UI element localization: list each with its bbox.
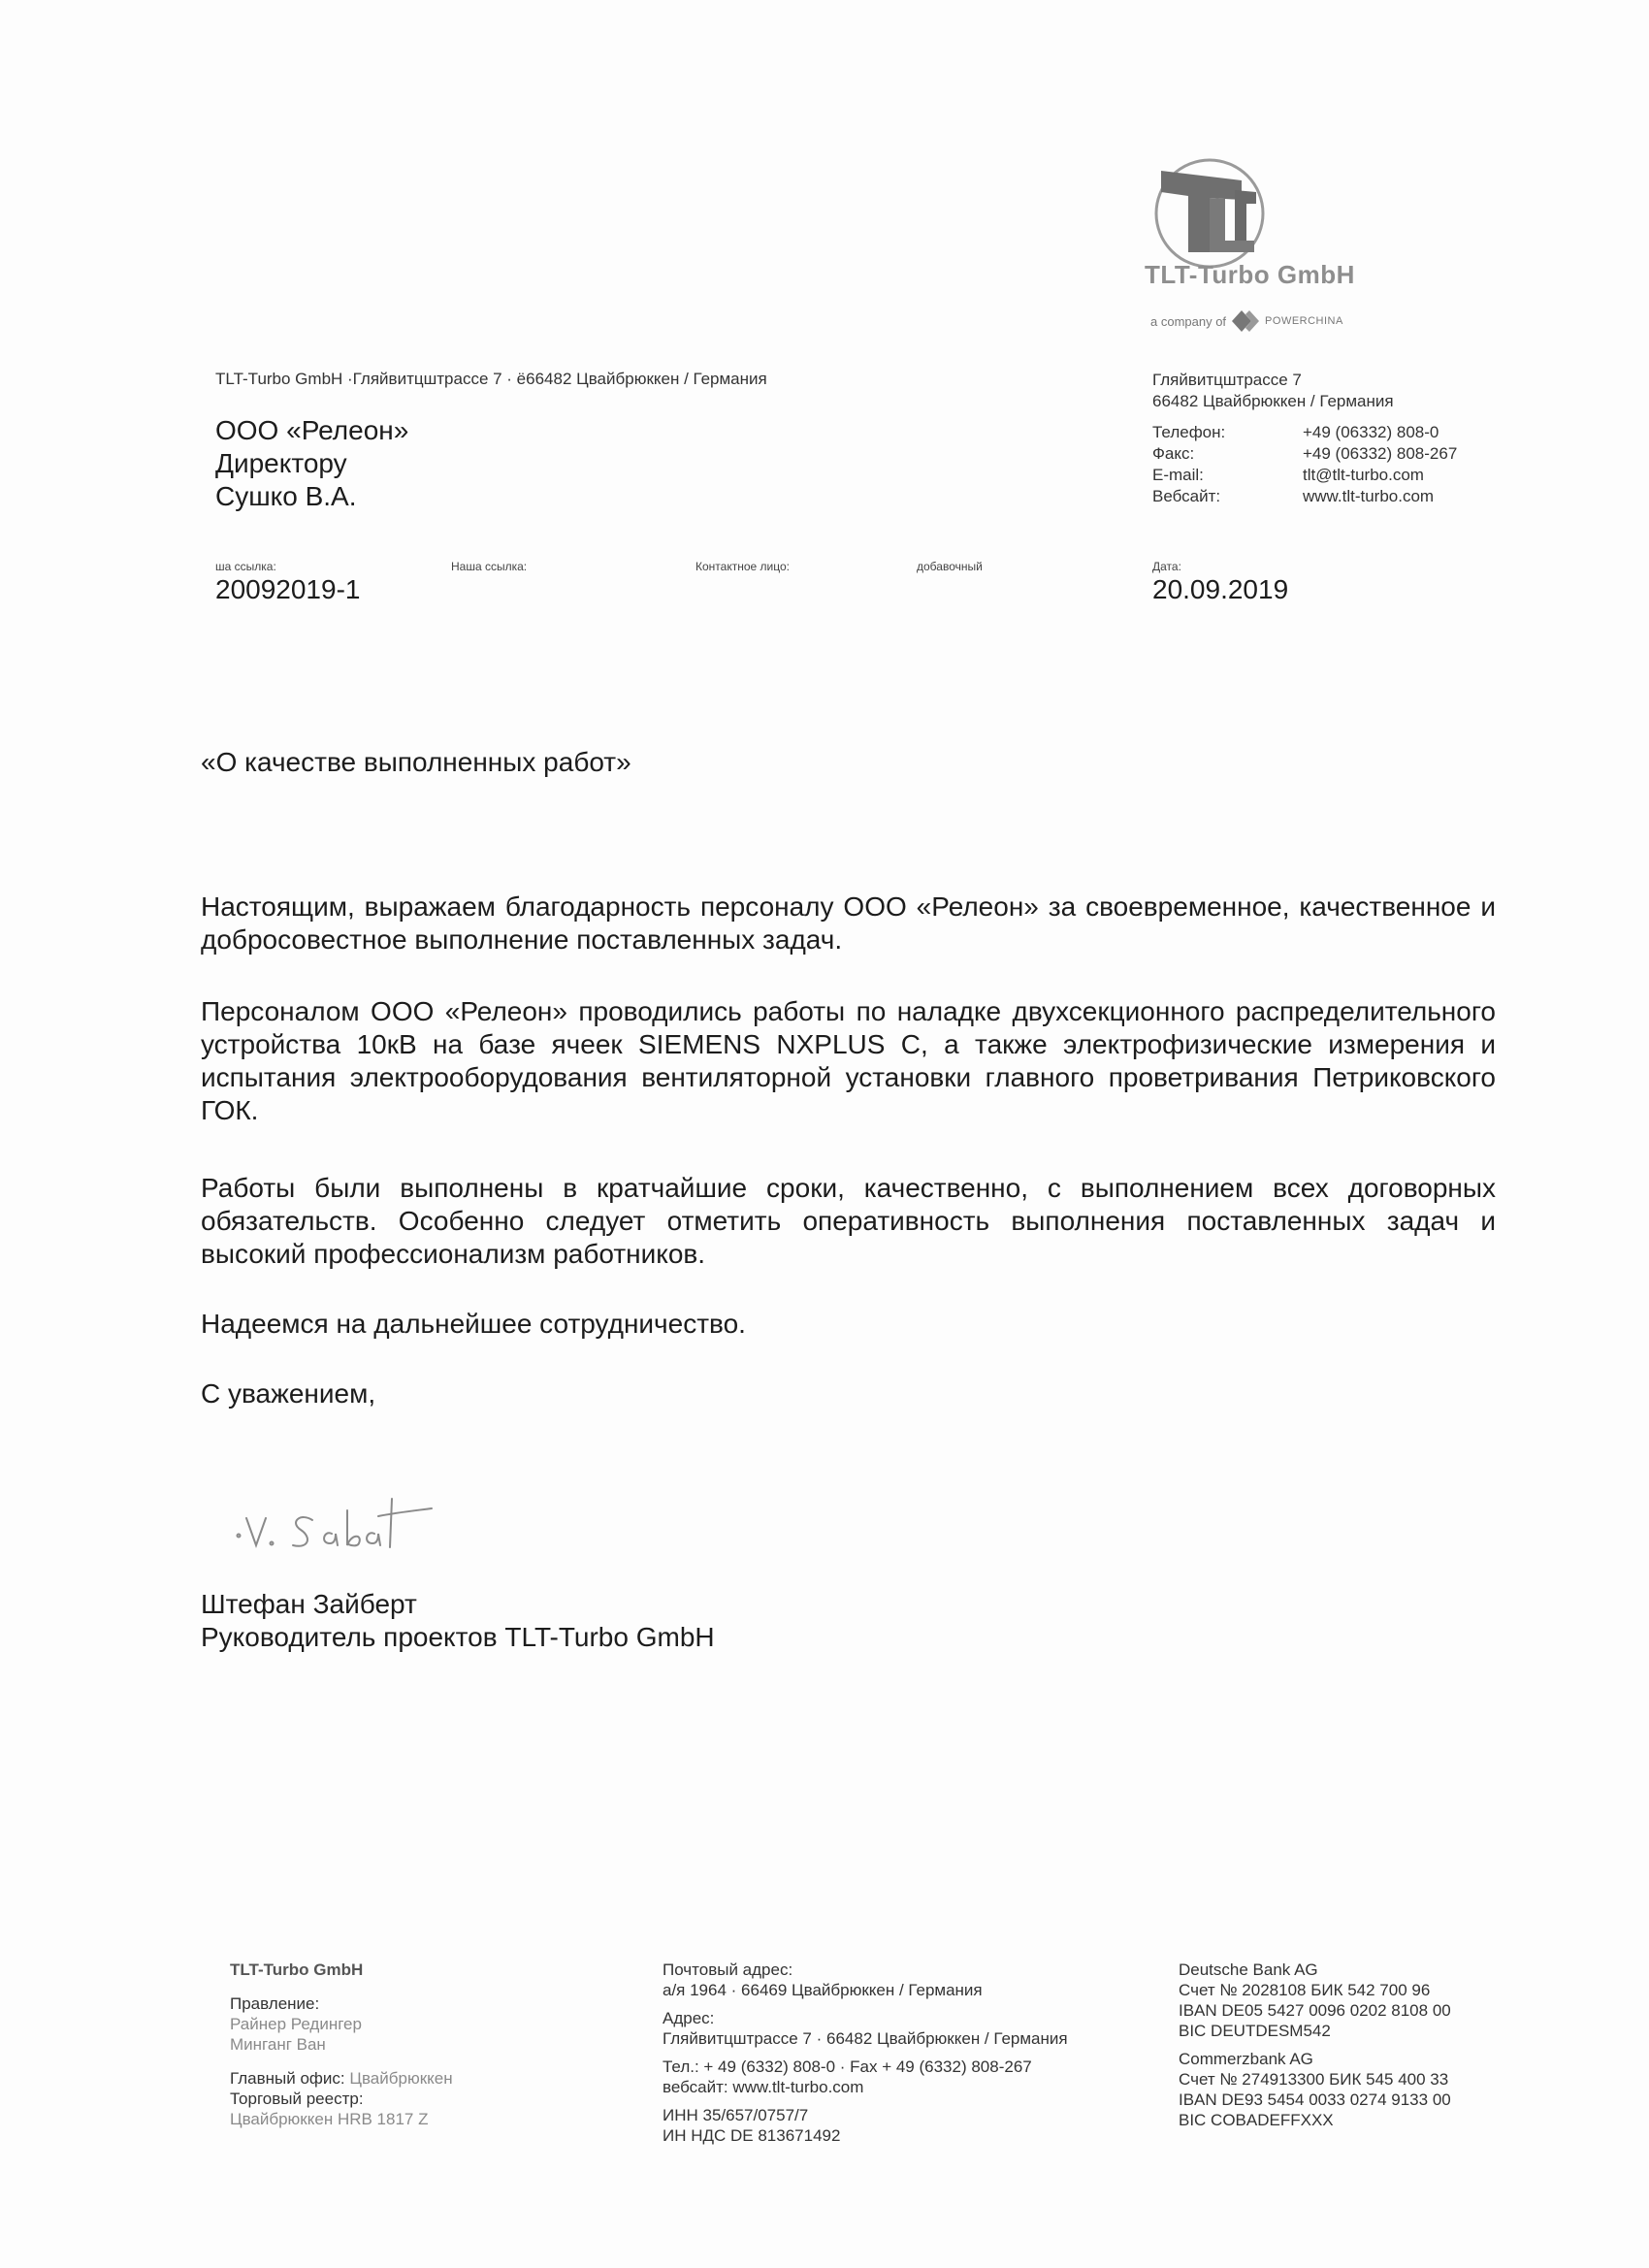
- bank-name: Commerzbank AG: [1179, 2049, 1451, 2069]
- body-paragraph-1: Настоящим, выражаем благодарность персон…: [201, 891, 1496, 956]
- contact-phone-value: +49 (06332) 808-0: [1303, 422, 1439, 443]
- footer-postal-label: Почтовый адрес:: [663, 1960, 1068, 1980]
- bank-bic: BIC DEUTDESM542: [1179, 2021, 1451, 2041]
- signer-block: Штефан Зайберт Руководитель проектов TLT…: [201, 1588, 715, 1654]
- footer-website[interactable]: вебсайт: www.tlt-turbo.com: [663, 2077, 1068, 2097]
- sender-address-line: TLT-Turbo GmbH ·Гляйвитцштрассе 7 · ё664…: [215, 370, 767, 389]
- footer-address-label: Адрес:: [663, 2008, 1068, 2028]
- date-value: 20.09.2019: [1152, 574, 1288, 605]
- contact-email-row: E-mail: tlt@tlt-turbo.com: [1152, 465, 1457, 486]
- signature-icon: [233, 1489, 485, 1557]
- footer-company-name: TLT-Turbo GmbH: [230, 1960, 453, 1980]
- recipient-name: Сушко В.А.: [215, 480, 408, 513]
- our-ref-label: Наша ссылка:: [451, 560, 527, 573]
- paragraph-text: Персоналом ООО «Релеон» проводились рабо…: [201, 995, 1496, 1127]
- recipient-block: ООО «Релеон» Директору Сушко В.А.: [215, 414, 408, 513]
- closing: С уважением,: [201, 1377, 1496, 1410]
- contact-fax-label: Факс:: [1152, 443, 1303, 465]
- footer-registry-value: Цвайбрюккен HRB 1817 Z: [230, 2109, 453, 2129]
- contact-fax-row: Факс: +49 (06332) 808-267: [1152, 443, 1457, 465]
- signer-name: Штефан Зайберт: [201, 1588, 715, 1621]
- footer-vat-id: ИН НДС DE 813671492: [663, 2125, 1068, 2146]
- closing-text: С уважением,: [201, 1377, 1496, 1410]
- footer-address-info: Почтовый адрес: а/я 1964 · 66469 Цвайбрю…: [663, 1960, 1068, 2146]
- footer-company-info: TLT-Turbo GmbH Правление: Райнер Рединге…: [230, 1960, 453, 2129]
- footer-address-value: Гляйвитцштрассе 7 · 66482 Цвайбрюккен / …: [663, 2028, 1068, 2049]
- footer-bank-info: Deutsche Bank AG Счет № 2028108 БИК 542 …: [1179, 1960, 1451, 2130]
- company-logo: [1149, 153, 1271, 275]
- logo-company-name: TLT-Turbo GmbH: [1145, 260, 1355, 290]
- contact-phone-row: Телефон: +49 (06332) 808-0: [1152, 422, 1457, 443]
- parent-name: POWERCHINA: [1265, 315, 1343, 327]
- paragraph-text: Настоящим, выражаем благодарность персон…: [201, 891, 1496, 956]
- contact-website-row: Вебсайт: www.tlt-turbo.com: [1152, 486, 1457, 507]
- recipient-company: ООО «Релеон»: [215, 414, 408, 447]
- bank-account: Счет № 274913300 БИК 545 400 33: [1179, 2069, 1451, 2090]
- contact-fax-value: +49 (06332) 808-267: [1303, 443, 1457, 465]
- body-paragraph-2: Персоналом ООО «Релеон» проводились рабо…: [201, 995, 1496, 1127]
- contact-phone-label: Телефон:: [1152, 422, 1303, 443]
- tlt-logo-icon: [1149, 153, 1271, 275]
- contact-website-label: Вебсайт:: [1152, 486, 1303, 507]
- paragraph-text: Надеемся на дальнейшее сотрудничество.: [201, 1308, 1496, 1341]
- paragraph-text: Работы были выполнены в кратчайшие сроки…: [201, 1172, 1496, 1271]
- parent-prefix: a company of: [1150, 314, 1226, 329]
- letter-subject: «О качестве выполненных работ»: [201, 747, 631, 778]
- body-paragraph-4: Надеемся на дальнейшее сотрудничество.: [201, 1308, 1496, 1341]
- footer-tax-id: ИНН 35/657/0757/7: [663, 2105, 1068, 2125]
- sender-contact-block: Гляйвитцштрассе 7 66482 Цвайбрюккен / Ге…: [1152, 370, 1457, 507]
- contact-street: Гляйвитцштрассе 7: [1152, 370, 1457, 391]
- footer-office-label: Главный офис:: [230, 2069, 345, 2088]
- bank-iban: IBAN DE05 5427 0096 0202 8108 00: [1179, 2000, 1451, 2021]
- contact-person-label: Контактное лицо:: [695, 560, 790, 573]
- date-label: Дата:: [1152, 560, 1181, 573]
- your-ref-label: ша ссылка:: [215, 560, 276, 573]
- handwritten-signature: [233, 1489, 485, 1557]
- footer-office-row: Главный офис: Цвайбрюккен: [230, 2068, 453, 2089]
- bank-iban: IBAN DE93 5454 0033 0274 9133 00: [1179, 2090, 1451, 2110]
- footer-office-value: Цвайбрюккен: [349, 2069, 452, 2088]
- parent-company: a company of POWERCHINA: [1150, 310, 1343, 332]
- your-ref-value: 20092019-1: [215, 574, 360, 605]
- footer-board-member: Райнер Редингер: [230, 2014, 453, 2034]
- contact-city: 66482 Цвайбрюккен / Германия: [1152, 391, 1457, 412]
- contact-email-value[interactable]: tlt@tlt-turbo.com: [1303, 465, 1424, 486]
- contact-website-value[interactable]: www.tlt-turbo.com: [1303, 486, 1434, 507]
- body-paragraph-3: Работы были выполнены в кратчайшие сроки…: [201, 1172, 1496, 1271]
- contact-email-label: E-mail:: [1152, 465, 1303, 486]
- footer-postal-value: а/я 1964 · 66469 Цвайбрюккен / Германия: [663, 1980, 1068, 2000]
- extension-label: добавочный: [917, 560, 983, 573]
- footer-phone-fax: Тел.: + 49 (6332) 808-0 · Fax + 49 (6332…: [663, 2057, 1068, 2077]
- bank-account: Счет № 2028108 БИК 542 700 96: [1179, 1980, 1451, 2000]
- footer-registry-label: Торговый реестр:: [230, 2089, 453, 2109]
- signer-title: Руководитель проектов TLT-Turbo GmbH: [201, 1621, 715, 1654]
- footer-board-member: Минганг Ван: [230, 2034, 453, 2055]
- bank-name: Deutsche Bank AG: [1179, 1960, 1451, 1980]
- footer-board-label: Правление:: [230, 1993, 453, 2014]
- bank-bic: BIC COBADEFFXXX: [1179, 2110, 1451, 2130]
- powerchina-logo-icon: [1232, 310, 1259, 332]
- recipient-position: Директору: [215, 447, 408, 480]
